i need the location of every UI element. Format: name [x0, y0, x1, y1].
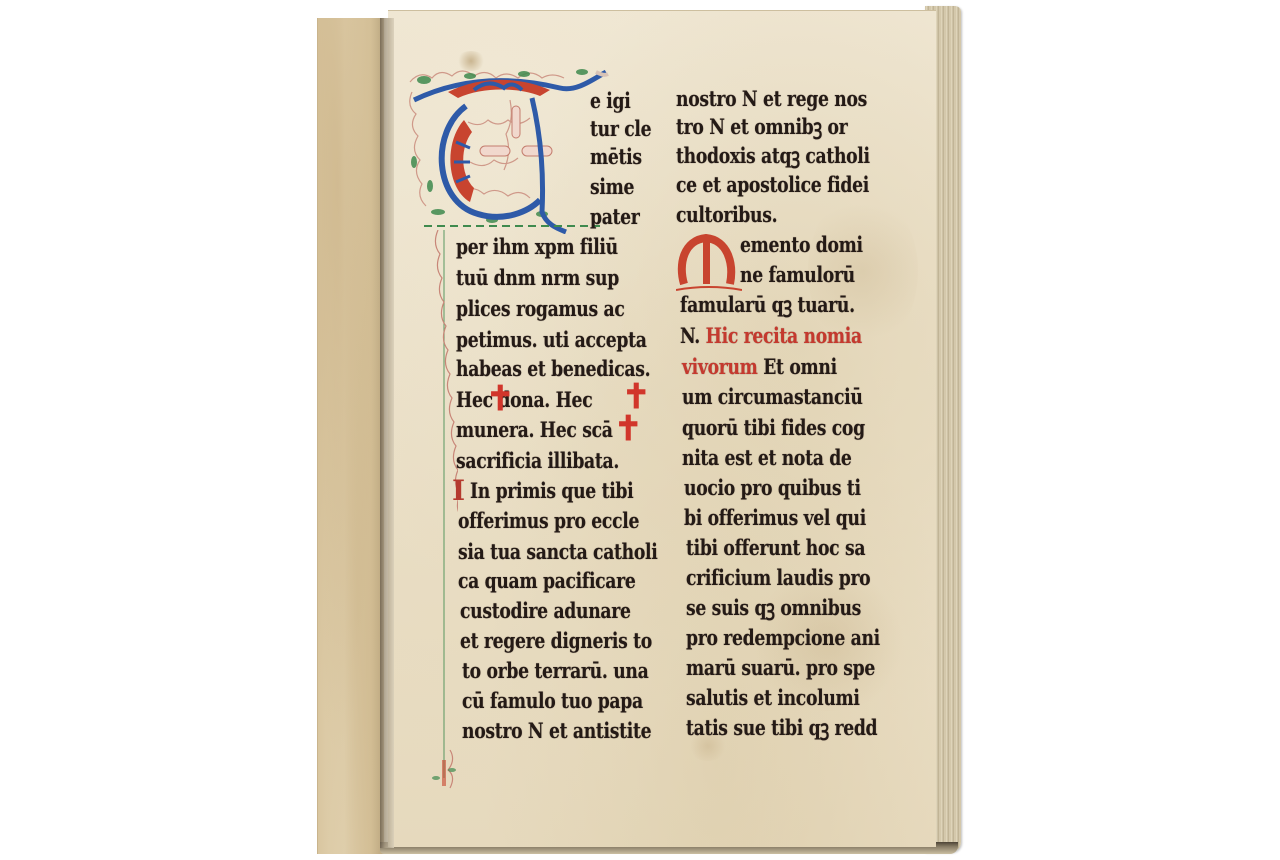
- rubric-prefix: N.: [680, 323, 700, 348]
- gutter-shadow: [380, 18, 394, 848]
- text-line: Hec dona. Hec: [456, 385, 592, 415]
- text-line: famularū qꝫ tuarū.: [680, 290, 855, 320]
- border-vine-decoration: [432, 230, 458, 790]
- text-line: bi offerimus vel qui: [684, 503, 866, 533]
- text-line: nostro N et antistite: [462, 716, 651, 746]
- text-line: tatis sue tibi qꝫ redd: [686, 713, 877, 743]
- text-line: uocio pro quibus ti: [684, 473, 861, 503]
- rubric-line: N. Hic recita nomia: [680, 321, 862, 351]
- text-line: ne famulorū: [740, 260, 855, 290]
- cross-icon: ✝: [614, 412, 643, 446]
- text-line: In primis que tibi: [470, 476, 633, 506]
- manuscript-book: e igi tur cle mētis sime pater per ihm x…: [0, 0, 1280, 860]
- text-line: munera. Hec scā: [456, 415, 613, 445]
- text-line: quorū tibi fides cog: [682, 413, 865, 443]
- text-line: per ihm xpm filiū: [456, 232, 618, 262]
- text-line: salutis et incolumi: [686, 683, 860, 713]
- text-line: e igi: [590, 86, 630, 116]
- text-line: mētis: [590, 142, 642, 172]
- text-line: custodire adunare: [460, 596, 631, 626]
- text-line: to orbe terrarū. una: [462, 656, 648, 686]
- rubric-red-text: vivorum: [682, 354, 758, 379]
- text-line: nita est et nota de: [682, 443, 852, 473]
- text-line: pater: [590, 202, 640, 232]
- text-line: petimus. uti accepta: [456, 325, 647, 355]
- text-line: marū suarū. pro spe: [686, 653, 875, 683]
- text-line: nostro N et rege nos: [676, 84, 867, 114]
- text-line: tur cle: [590, 114, 651, 144]
- text-line: plices rogamus ac: [456, 294, 625, 324]
- text-line: sime: [590, 172, 634, 202]
- text-line: tro N et omnibꝫ or: [676, 112, 847, 142]
- rubric-line: vivorum Et omni: [682, 352, 837, 382]
- rubric-red-text: Hic recita nomia: [706, 323, 862, 348]
- text-line: thodoxis atqꝫ catholi: [676, 141, 870, 171]
- text-line: se suis qꝫ omnibus: [686, 593, 861, 623]
- text-line: offerimus pro eccle: [458, 506, 639, 536]
- text-line: um circumastanciū: [682, 382, 863, 412]
- decorated-initial-t-icon: [400, 62, 610, 234]
- cross-icon: ✝: [486, 382, 515, 416]
- text-line: pro redempcione ani: [686, 623, 880, 653]
- text-line: tuū dnm nrm sup: [456, 263, 619, 293]
- text-line: ca quam pacificare: [458, 566, 636, 596]
- red-initial-i: I: [452, 478, 465, 504]
- text-line: sacrificia illibata.: [456, 446, 619, 476]
- left-cover-flyleaf: [317, 18, 384, 854]
- red-initial-m-icon: [676, 234, 742, 292]
- text-line: tibi offerunt hoc sa: [686, 533, 865, 563]
- text-line: cū famulo tuo papa: [462, 686, 643, 716]
- text-line: crificium laudis pro: [686, 563, 870, 593]
- text-line: cultoribus.: [676, 200, 777, 230]
- text-line: sia tua sancta catholi: [458, 537, 657, 567]
- text-fragment: Et omni: [763, 354, 837, 379]
- text-line: et regere digneris to: [460, 626, 652, 656]
- text-line: ce et apostolice fidei: [676, 170, 869, 200]
- text-line: emento domi: [740, 230, 863, 260]
